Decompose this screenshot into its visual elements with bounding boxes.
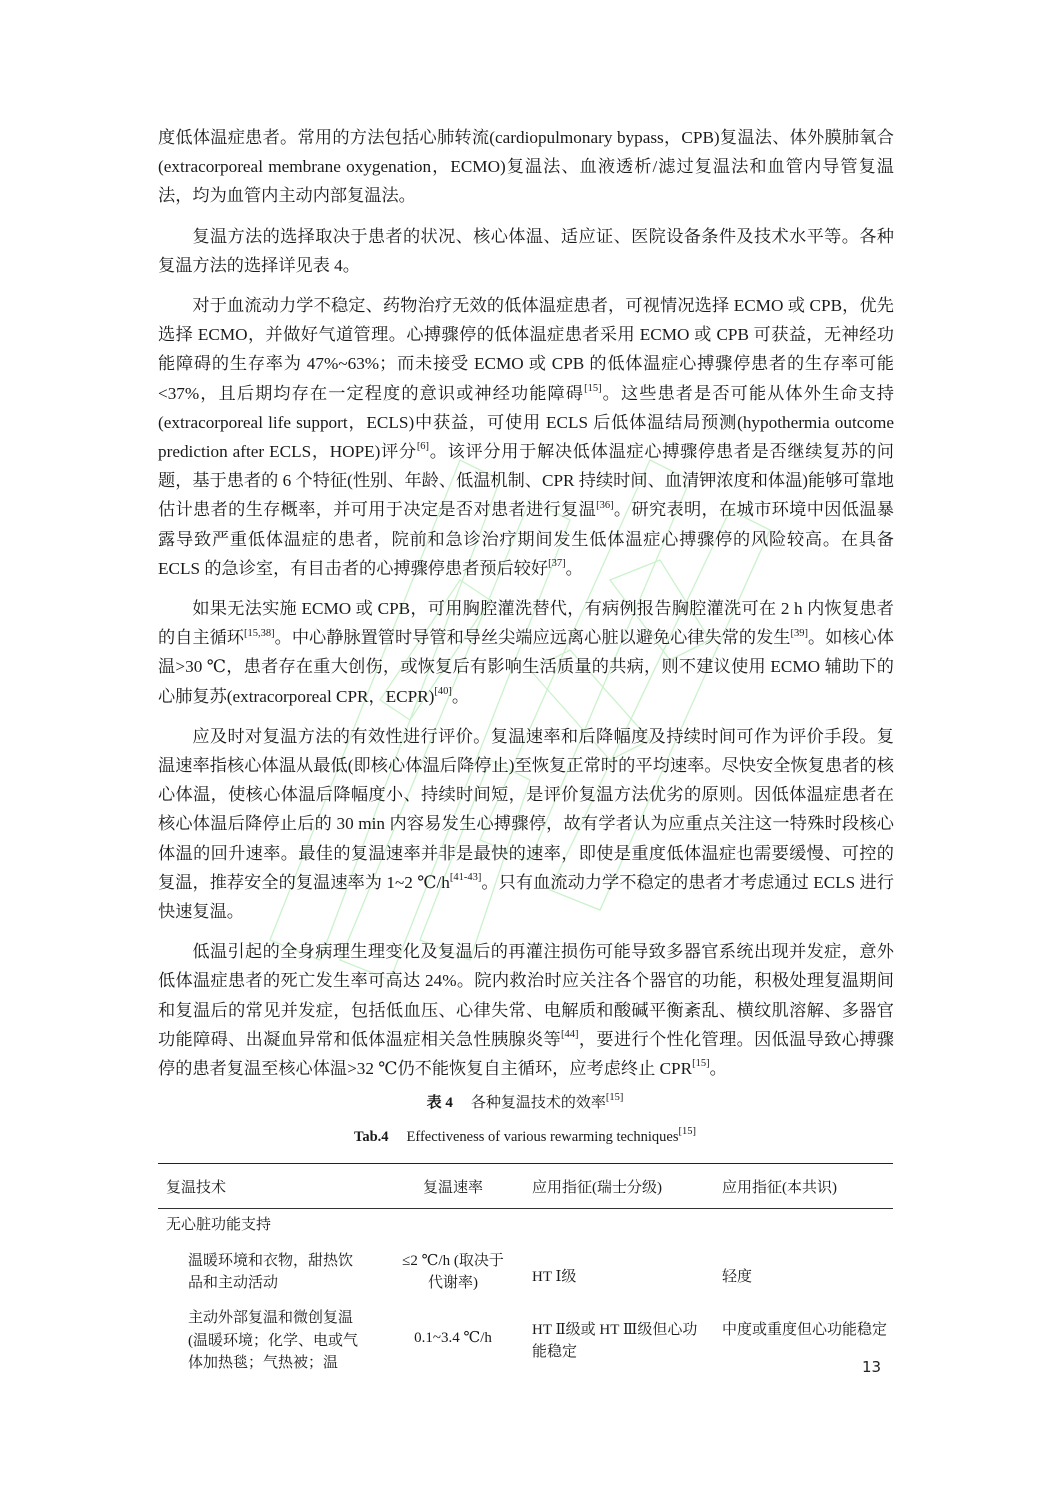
citation-ref: [15]	[692, 1058, 710, 1069]
paragraph: 低温引起的全身病理生理变化及复温后的再灌注损伤可能导致多器官系统出现并发症，意外…	[158, 937, 894, 1083]
citation-ref: [15,38]	[244, 628, 275, 639]
cell-consensus: 轻度	[708, 1241, 893, 1303]
paragraph-text: 。中心静脉置管时导管和导丝尖端应远离心脏以避免心律失常的发生	[275, 628, 791, 647]
body-text: 度低体温症患者。常用的方法包括心肺转流(cardiopulmonary bypa…	[158, 123, 894, 1094]
table-caption-en-ref: [15]	[678, 1126, 696, 1137]
citation-ref: [44]	[561, 1029, 579, 1040]
paragraph: 对于血流动力学不稳定、药物治疗无效的低体温症患者，可视情况选择 ECMO 或 C…	[158, 291, 894, 583]
header-consensus: 应用指征(本共识)	[708, 1176, 893, 1197]
cell-consensus: 中度或重度但心功能稳定	[708, 1307, 893, 1341]
table-row: 主动外部复温和微创复温(温暖环境；化学、电或气体加热毯；气热被；温 0.1~3.…	[158, 1307, 893, 1387]
paragraph: 度低体温症患者。常用的方法包括心肺转流(cardiopulmonary bypa…	[158, 123, 894, 211]
header-technique: 复温技术	[158, 1176, 388, 1197]
document-page: 度低体温症患者。常用的方法包括心肺转流(cardiopulmonary bypa…	[0, 0, 1050, 1485]
table-caption-cn: 表 4各种复温技术的效率[15]	[0, 1091, 1050, 1112]
header-swiss-grade: 应用指征(瑞士分级)	[518, 1176, 708, 1197]
citation-ref: [36]	[596, 500, 614, 511]
table-caption-cn-title: 各种复温技术的效率	[471, 1095, 606, 1111]
cell-swiss-grade: HT Ⅱ级或 HT Ⅲ级但心功能稳定	[518, 1307, 708, 1363]
paragraph-text: 。	[710, 1059, 727, 1078]
header-rate: 复温速率	[388, 1176, 518, 1197]
table-caption-en-label: Tab.4	[354, 1129, 389, 1145]
rewarming-table: 复温技术 复温速率 应用指征(瑞士分级) 应用指征(本共识) 无心脏功能支持 温…	[158, 1163, 893, 1387]
paragraph-text: 复温方法的选择取决于患者的状况、核心体温、适应证、医院设备条件及技术水平等。各种…	[158, 227, 894, 275]
cell-technique: 温暖环境和衣物，甜热饮品和主动活动	[158, 1241, 388, 1303]
paragraph-text: 。	[566, 559, 583, 578]
cell-rate: 0.1~3.4 ℃/h	[388, 1307, 518, 1349]
paragraph-text: 应及时对复温方法的有效性进行评价。复温速率和后降幅度及持续时间可作为评价手段。复…	[158, 727, 894, 892]
paragraph: 如果无法实施 ECMO 或 CPB，可用胸腔灌洗替代，有病例报告胸腔灌洗可在 2…	[158, 594, 894, 711]
citation-ref: [15]	[584, 383, 602, 394]
table-caption-cn-label: 表 4	[427, 1095, 453, 1111]
paragraph-text: 度低体温症患者。常用的方法包括心肺转流(cardiopulmonary bypa…	[158, 128, 894, 205]
paragraph-text: 。	[452, 687, 469, 706]
paragraph: 复温方法的选择取决于患者的状况、核心体温、适应证、医院设备条件及技术水平等。各种…	[158, 222, 894, 280]
cell-swiss-grade: HT Ⅰ级	[518, 1241, 708, 1303]
cell-technique: 主动外部复温和微创复温(温暖环境；化学、电或气体加热毯；气热被；温	[158, 1307, 388, 1375]
citation-ref: [6]	[417, 441, 429, 452]
table-group-label: 无心脏功能支持	[158, 1209, 893, 1239]
citation-ref: [40]	[434, 686, 452, 697]
table-row: 温暖环境和衣物，甜热饮品和主动活动 ≤2 ℃/h (取决于代谢率) HT Ⅰ级 …	[158, 1241, 893, 1303]
table-caption-cn-ref: [15]	[606, 1092, 624, 1103]
citation-ref: [41-43]	[450, 872, 482, 883]
citation-ref: [37]	[548, 558, 566, 569]
paragraph: 应及时对复温方法的有效性进行评价。复温速率和后降幅度及持续时间可作为评价手段。复…	[158, 722, 894, 926]
cell-rate: ≤2 ℃/h (取决于代谢率)	[388, 1241, 518, 1303]
table-caption-en: Tab.4Effectiveness of various rewarming …	[0, 1129, 1050, 1146]
table-header-row: 复温技术 复温速率 应用指征(瑞士分级) 应用指征(本共识)	[158, 1164, 893, 1208]
page-number: 13	[862, 1358, 881, 1376]
table-caption-en-title: Effectiveness of various rewarming techn…	[407, 1129, 679, 1145]
citation-ref: [39]	[791, 628, 809, 639]
